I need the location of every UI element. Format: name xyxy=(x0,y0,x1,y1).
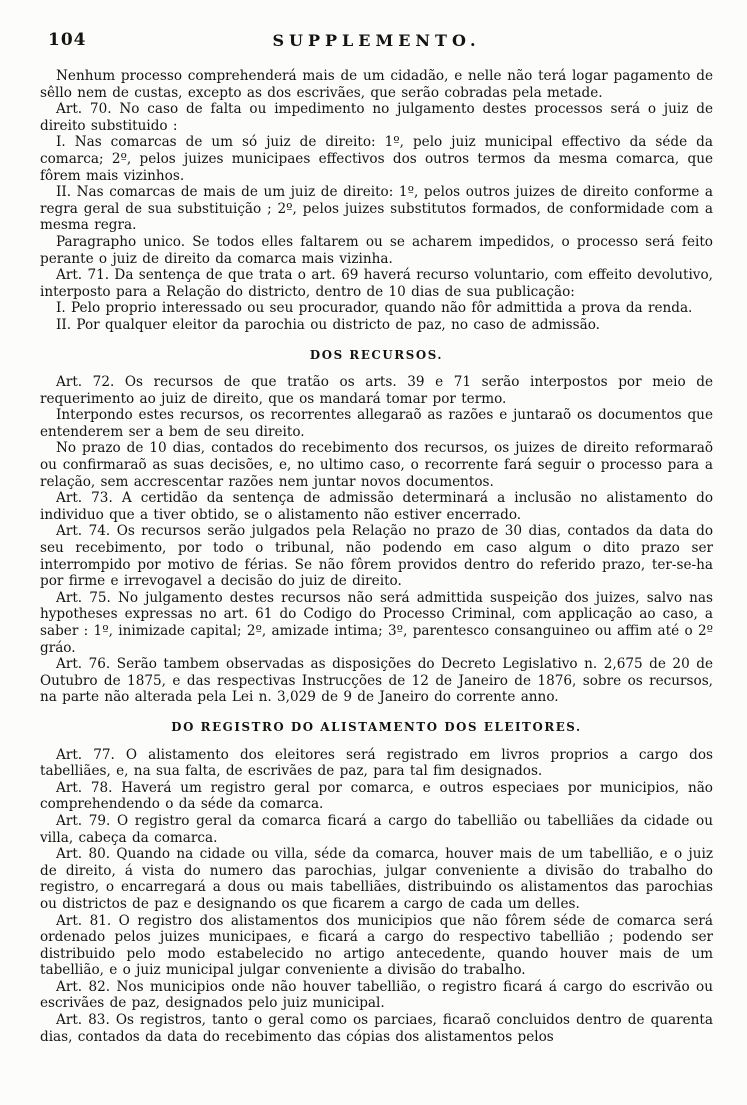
section-heading: DOS RECURSOS. xyxy=(40,347,713,364)
body-paragraph: Art. 77. O alistamento dos eleitores ser… xyxy=(40,747,713,780)
body-paragraph: Art. 71. Da sentença de que trata o art.… xyxy=(40,267,713,300)
body-paragraph: Art. 80. Quando na cidade ou villa, séde… xyxy=(40,846,713,912)
body-paragraph: Nenhum processo comprehenderá mais de um… xyxy=(40,68,713,101)
body-paragraph: Art. 75. No julgamento destes recursos n… xyxy=(40,590,713,656)
page-body: Nenhum processo comprehenderá mais de um… xyxy=(40,68,713,1045)
page-title: SUPPLEMENTO. xyxy=(40,31,713,50)
body-paragraph: Art. 76. Serão tambem observadas as disp… xyxy=(40,656,713,706)
page-header: 104 SUPPLEMENTO. xyxy=(40,30,713,54)
body-paragraph: Paragrapho unico. Se todos elles faltare… xyxy=(40,234,713,267)
scanned-document-page: 104 SUPPLEMENTO. Nenhum processo compreh… xyxy=(0,0,747,1105)
body-paragraph: Art. 79. O registro geral da comarca fic… xyxy=(40,813,713,846)
section-heading: DO REGISTRO DO ALISTAMENTO DOS ELEITORES… xyxy=(40,719,713,736)
body-paragraph: I. Nas comarcas de um só juiz de direito… xyxy=(40,134,713,184)
body-paragraph: No prazo de 10 dias, contados do recebim… xyxy=(40,440,713,490)
body-paragraph: Art. 78. Haverá um registro geral por co… xyxy=(40,780,713,813)
body-paragraph: Art. 74. Os recursos serão julgados pela… xyxy=(40,523,713,589)
body-paragraph: I. Pelo proprio interessado ou seu procu… xyxy=(40,300,713,317)
body-paragraph: II. Por qualquer eleitor da parochia ou … xyxy=(40,317,713,334)
body-paragraph: Art. 81. O registro dos alistamentos dos… xyxy=(40,913,713,979)
body-paragraph: Art. 83. Os registros, tanto o geral com… xyxy=(40,1012,713,1045)
body-paragraph: Art. 82. Nos municipios onde não houver … xyxy=(40,979,713,1012)
body-paragraph: II. Nas comarcas de mais de um juiz de d… xyxy=(40,184,713,234)
body-paragraph: Art. 70. No caso de falta ou impedimento… xyxy=(40,101,713,134)
body-paragraph: Interpondo estes recursos, os recorrente… xyxy=(40,407,713,440)
body-paragraph: Art. 72. Os recursos de que tratão os ar… xyxy=(40,374,713,407)
body-paragraph: Art. 73. A certidão da sentença de admis… xyxy=(40,490,713,523)
